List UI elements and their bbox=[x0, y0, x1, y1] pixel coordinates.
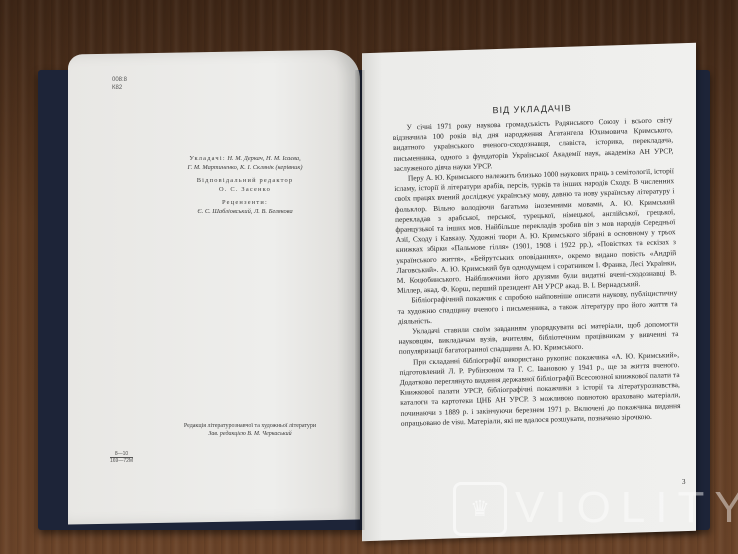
udk-class: 008:8 bbox=[112, 76, 127, 84]
foreword: ВІД УКЛАДАЧІВ У січні 1971 року наукова … bbox=[392, 100, 681, 429]
paragraph: Перу А. Ю. Кримського належить близько 1… bbox=[394, 166, 677, 296]
paragraph: У січні 1971 року наукова громадськість … bbox=[392, 115, 673, 174]
imprint-editorial: Редакція літературознавчої та художньої … bbox=[150, 422, 350, 430]
book-gutter bbox=[355, 70, 365, 530]
editor-label: Відповідальний редактор bbox=[140, 177, 350, 186]
paragraph: При складанні бібліографії використано р… bbox=[399, 350, 681, 429]
compilers: Укладачі: Н. М. Деркач, Н. М. Ісаєва, Г.… bbox=[140, 155, 350, 172]
watermark-text: VIOLITY bbox=[515, 484, 738, 532]
reviewers-names: Є. С. Шабліовський, Л. В. Белякова bbox=[140, 208, 350, 217]
credits-block: Укладачі: Н. М. Деркач, Н. М. Ісаєва, Г.… bbox=[140, 155, 350, 222]
imprint: Редакція літературознавчої та художньої … bbox=[150, 422, 350, 438]
compilers-label: Укладачі: bbox=[189, 155, 226, 162]
imprint-editor-head: Зав. редакцією В. М. Черкаський bbox=[150, 430, 350, 438]
code-denominator: 169—72М bbox=[110, 457, 133, 464]
watermark-logo: ♛ bbox=[453, 482, 507, 536]
publication-code: 8—10 169—72М bbox=[110, 451, 133, 464]
reviewers: Рецензенти: Є. С. Шабліовський, Л. В. Бе… bbox=[140, 199, 350, 216]
udk-code: 008:8 К82 bbox=[112, 76, 127, 92]
crown-icon: ♛ bbox=[470, 497, 490, 522]
udk-author-mark: К82 bbox=[112, 84, 127, 92]
reviewers-label: Рецензенти: bbox=[140, 199, 350, 208]
compilers-line-2: Г. М. Мартиненко, К. І. Склянік (керівни… bbox=[188, 164, 303, 171]
editor-name: О. С. Засенко bbox=[140, 186, 350, 195]
compilers-line-1: Н. М. Деркач, Н. М. Ісаєва, bbox=[227, 155, 300, 162]
editor: Відповідальний редактор О. С. Засенко bbox=[140, 177, 350, 194]
